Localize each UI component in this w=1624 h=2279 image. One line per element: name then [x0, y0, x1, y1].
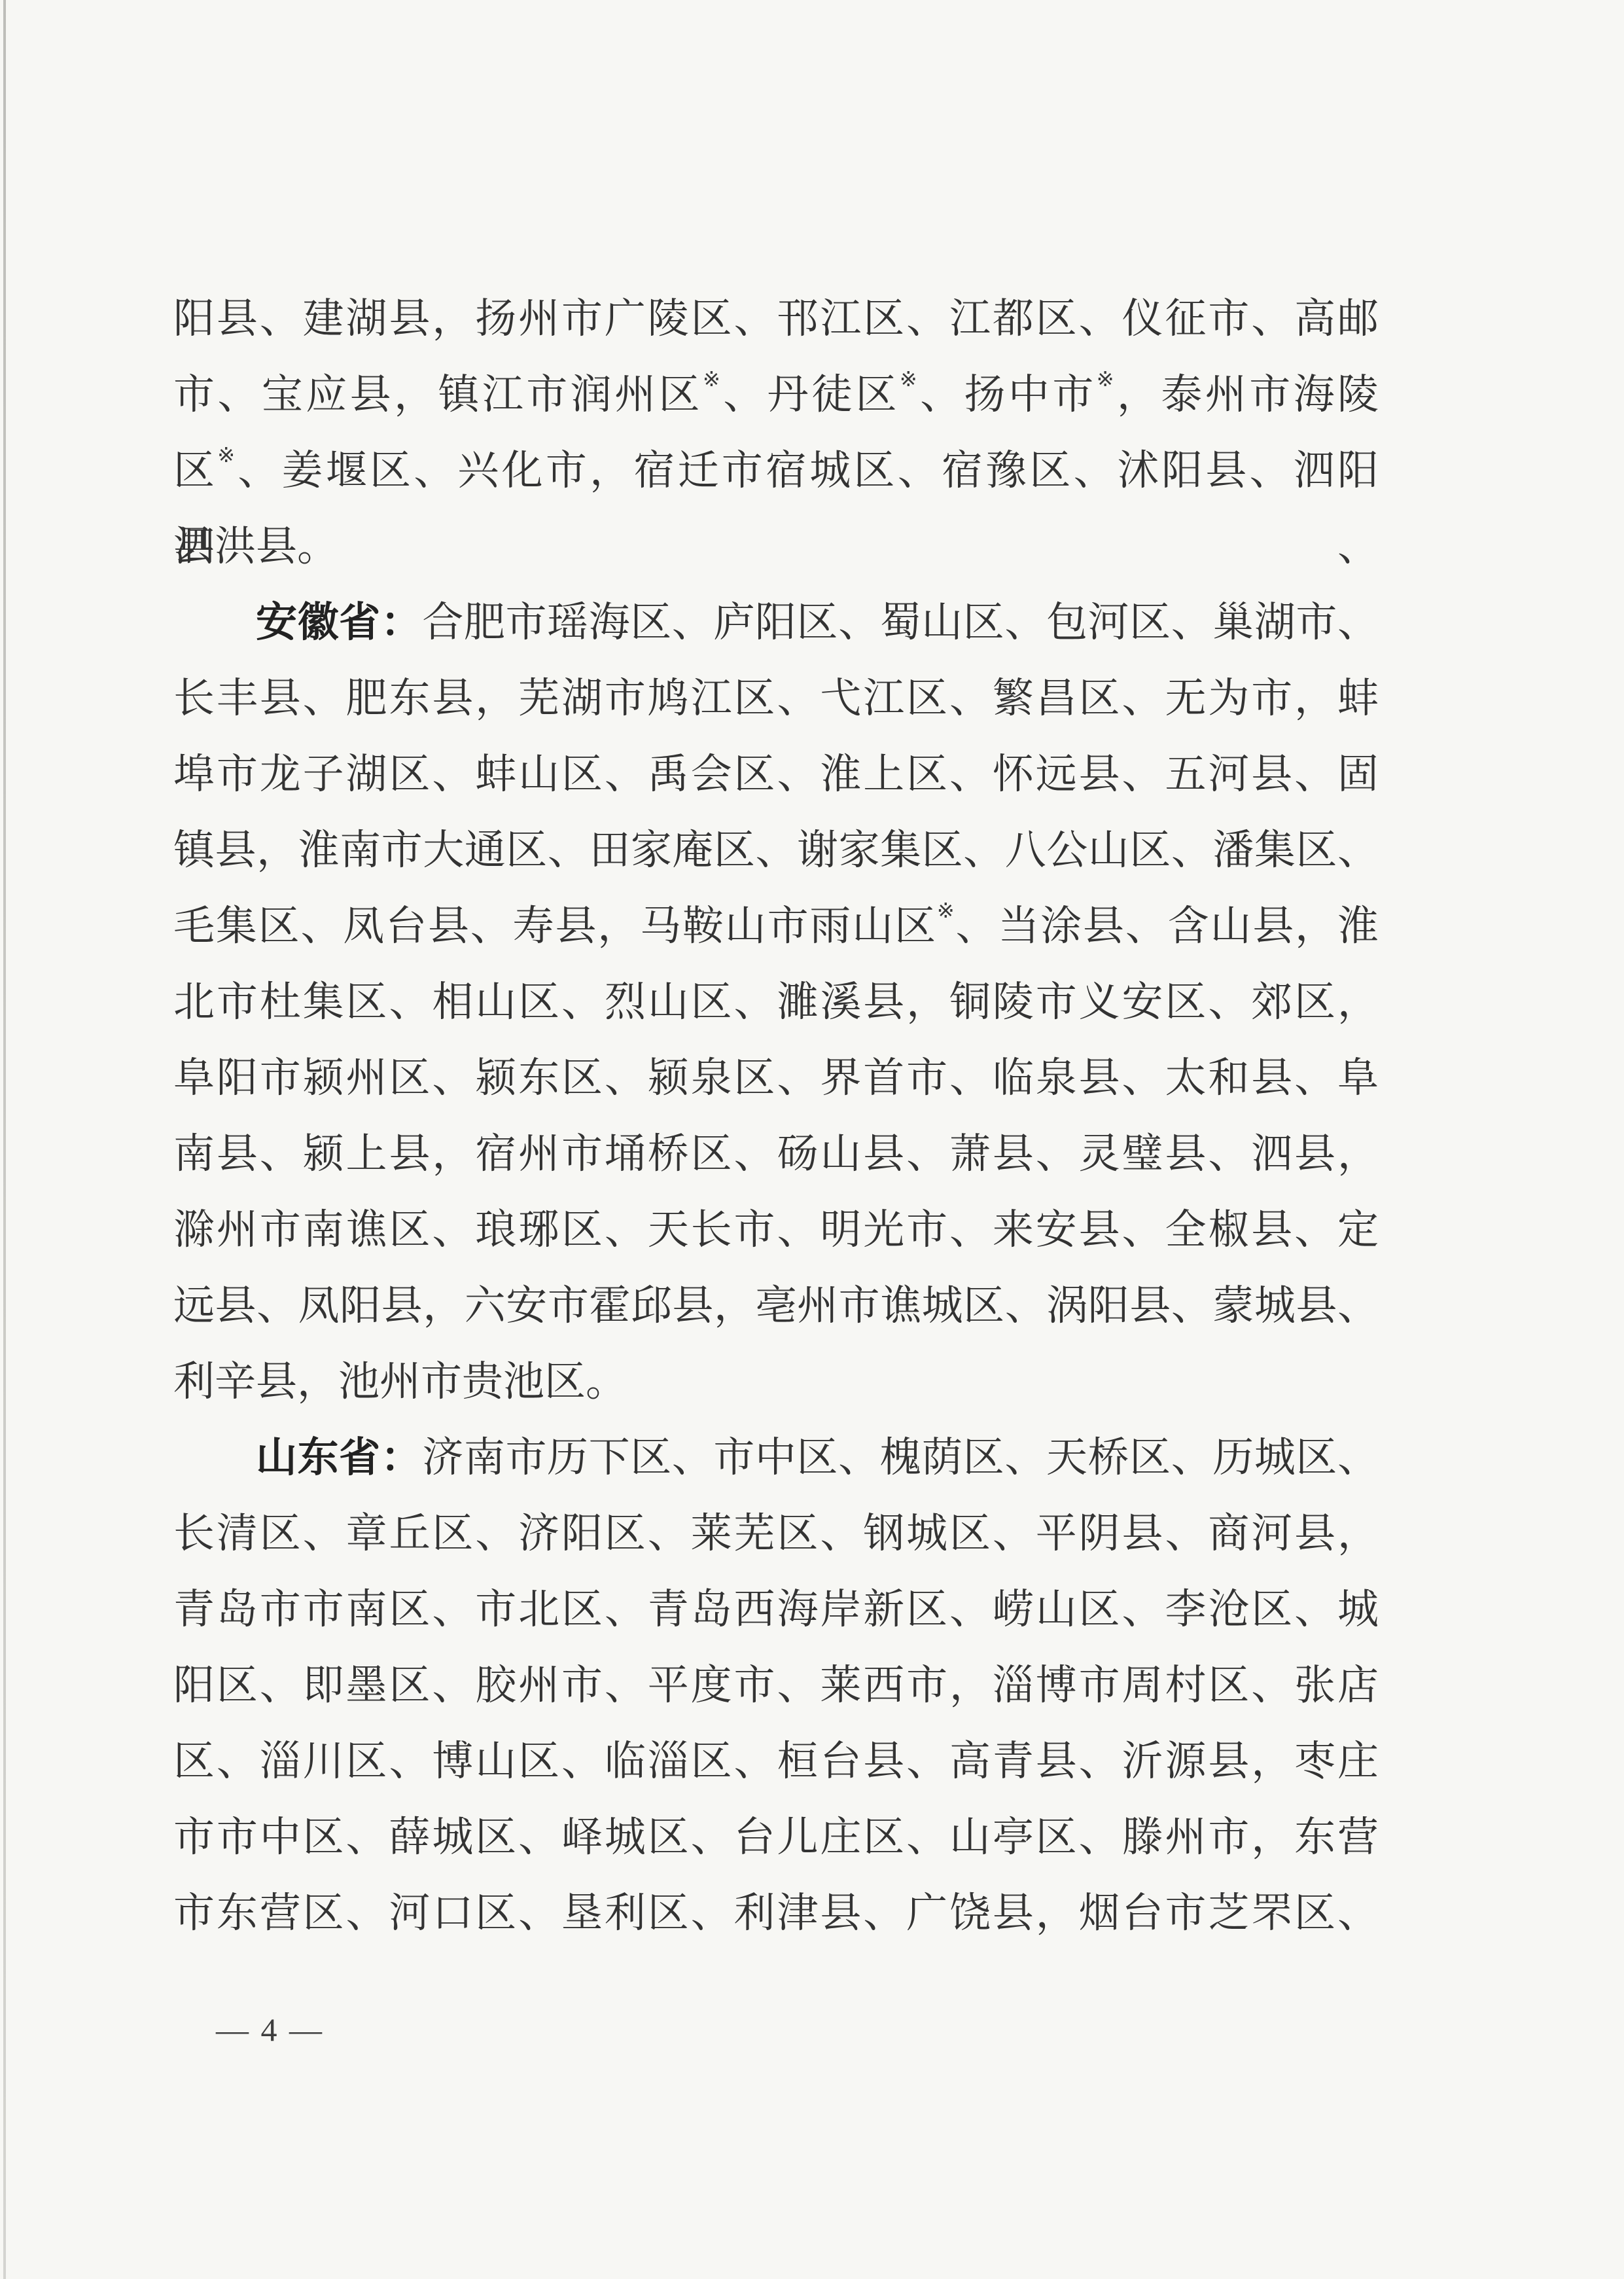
text-segment: 、丹徒区 — [723, 372, 900, 418]
reference-mark: ※ — [937, 899, 956, 922]
province-label: 安徽省： — [256, 600, 422, 645]
document-line: 山东省：济南市历下区、市中区、槐荫区、天桥区、历城区、 — [173, 1420, 1379, 1496]
text-segment: 、姜堰区、兴化市，宿迁市宿城区、宿豫区、沭阳县、泗阳县、 — [173, 448, 1379, 569]
text-segment: 长丰县、肥东县，芜湖市鸠江区、弋江区、繁昌区、无为市，蚌 — [173, 675, 1379, 721]
document-line: 阳区、即墨区、胶州市、平度市、莱西市，淄博市周村区、张店 — [173, 1647, 1379, 1723]
text-segment: 、当涂县、含山县，淮 — [956, 903, 1379, 949]
document-line: 利辛县，池州市贵池区。 — [173, 1344, 1379, 1420]
document-line: 北市杜集区、相山区、烈山区、濉溪县，铜陵市义安区、郊区， — [173, 964, 1379, 1040]
document-line: 埠市龙子湖区、蚌山区、禹会区、淮上区、怀远县、五河县、固 — [173, 736, 1379, 812]
text-segment: 利辛县，池州市贵池区。 — [173, 1359, 627, 1405]
text-segment: 区 — [173, 448, 217, 493]
document-line: 安徽省：合肥市瑶海区、庐阳区、蜀山区、包河区、巢湖市、 — [173, 584, 1379, 660]
text-segment: 市东营区、河口区、垦利区、利津县、广饶县，烟台市芝罘区、 — [173, 1890, 1379, 1936]
document-line: 阳县、建湖县，扬州市广陵区、邗江区、江都区、仪征市、高邮 — [173, 281, 1379, 357]
document-line: 市东营区、河口区、垦利区、利津县、广饶县，烟台市芝罘区、 — [173, 1875, 1379, 1951]
text-segment: 青岛市市南区、市北区、青岛西海岸新区、崂山区、李沧区、城 — [173, 1587, 1379, 1632]
document-line: 区、淄川区、博山区、临淄区、桓台县、高青县、沂源县，枣庄 — [173, 1723, 1379, 1799]
document-line: 区※、姜堰区、兴化市，宿迁市宿城区、宿豫区、沭阳县、泗阳县、 — [173, 433, 1379, 509]
text-segment: 长清区、章丘区、济阳区、莱芜区、钢城区、平阴县、商河县， — [173, 1511, 1379, 1556]
text-segment: ，泰州市海陵 — [1117, 372, 1379, 418]
text-segment: 、扬中市 — [920, 372, 1097, 418]
text-segment: 泗洪县。 — [173, 524, 338, 569]
document-page: 阳县、建湖县，扬州市广陵区、邗江区、江都区、仪征市、高邮市、宝应县，镇江市润州区… — [0, 0, 1624, 2279]
text-segment: 镇县，淮南市大通区、田家庵区、谢家集区、八公山区、潘集区、 — [173, 827, 1379, 873]
scan-edge-line — [3, 0, 6, 2279]
text-segment: 市市中区、薛城区、峄城区、台儿庄区、山亭区、滕州市，东营 — [173, 1814, 1379, 1860]
reference-mark: ※ — [900, 367, 920, 391]
text-segment: 远县、凤阳县，六安市霍邱县，亳州市谯城区、涡阳县、蒙城县、 — [173, 1283, 1379, 1329]
text-segment: 埠市龙子湖区、蚌山区、禹会区、淮上区、怀远县、五河县、固 — [173, 751, 1379, 797]
reference-mark: ※ — [1097, 367, 1117, 391]
document-line: 市市中区、薛城区、峄城区、台儿庄区、山亭区、滕州市，东营 — [173, 1799, 1379, 1875]
text-segment: 合肥市瑶海区、庐阳区、蜀山区、包河区、巢湖市、 — [422, 600, 1379, 645]
document-line: 毛集区、凤台县、寿县，马鞍山市雨山区※、当涂县、含山县，淮 — [173, 888, 1379, 964]
document-line: 青岛市市南区、市北区、青岛西海岸新区、崂山区、李沧区、城 — [173, 1571, 1379, 1647]
text-segment: 北市杜集区、相山区、烈山区、濉溪县，铜陵市义安区、郊区， — [173, 979, 1379, 1025]
text-segment: 南县、颍上县，宿州市埇桥区、砀山县、萧县、灵璧县、泗县， — [173, 1131, 1379, 1177]
text-segment: 阳区、即墨区、胶州市、平度市、莱西市，淄博市周村区、张店 — [173, 1662, 1379, 1708]
reference-mark: ※ — [217, 443, 238, 467]
document-line: 阜阳市颍州区、颍东区、颍泉区、界首市、临泉县、太和县、阜 — [173, 1040, 1379, 1116]
text-segment: 滁州市南谯区、琅琊区、天长市、明光市、来安县、全椒县、定 — [173, 1207, 1379, 1253]
reference-mark: ※ — [703, 367, 723, 391]
document-text-block: 阳县、建湖县，扬州市广陵区、邗江区、江都区、仪征市、高邮市、宝应县，镇江市润州区… — [173, 281, 1379, 1951]
text-segment: 阜阳市颍州区、颍东区、颍泉区、界首市、临泉县、太和县、阜 — [173, 1055, 1379, 1101]
province-label: 山东省： — [256, 1435, 422, 1480]
document-line: 镇县，淮南市大通区、田家庵区、谢家集区、八公山区、潘集区、 — [173, 812, 1379, 888]
text-segment: 阳县、建湖县，扬州市广陵区、邗江区、江都区、仪征市、高邮 — [173, 296, 1379, 342]
text-segment: 区、淄川区、博山区、临淄区、桓台县、高青县、沂源县，枣庄 — [173, 1738, 1379, 1784]
text-segment: 毛集区、凤台县、寿县，马鞍山市雨山区 — [173, 903, 937, 949]
document-line: 长丰县、肥东县，芜湖市鸠江区、弋江区、繁昌区、无为市，蚌 — [173, 660, 1379, 736]
document-line: 长清区、章丘区、济阳区、莱芜区、钢城区、平阴县、商河县， — [173, 1496, 1379, 1571]
page-number: — 4 — — [216, 2011, 322, 2049]
document-line: 南县、颍上县，宿州市埇桥区、砀山县、萧县、灵璧县、泗县， — [173, 1116, 1379, 1192]
document-line: 滁州市南谯区、琅琊区、天长市、明光市、来安县、全椒县、定 — [173, 1192, 1379, 1268]
document-line: 远县、凤阳县，六安市霍邱县，亳州市谯城区、涡阳县、蒙城县、 — [173, 1268, 1379, 1344]
text-segment: 济南市历下区、市中区、槐荫区、天桥区、历城区、 — [422, 1435, 1379, 1480]
text-segment: 市、宝应县，镇江市润州区 — [173, 372, 703, 418]
document-line: 市、宝应县，镇江市润州区※、丹徒区※、扬中市※，泰州市海陵 — [173, 357, 1379, 433]
